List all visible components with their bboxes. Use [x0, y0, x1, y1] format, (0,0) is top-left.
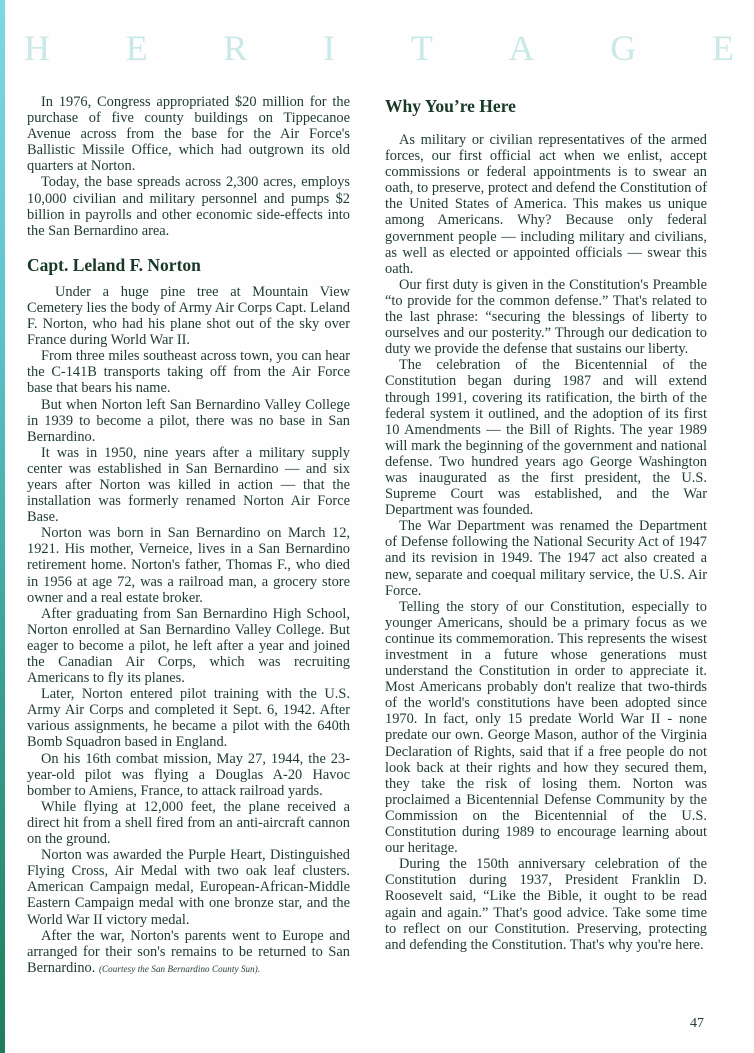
right-column: Why You’re Here As military or civilian …	[385, 96, 707, 953]
norton-paragraph: Later, Norton entered pilot training wit…	[27, 686, 350, 750]
norton-paragraph: Under a huge pine tree at Mountain View …	[27, 284, 350, 348]
norton-paragraph: Norton was born in San Bernardino on Mar…	[27, 525, 350, 605]
masthead-letter: E	[712, 30, 734, 66]
norton-paragraph: After graduating from San Bernardino Hig…	[27, 606, 350, 686]
why-paragraph: Our first duty is given in the Constitut…	[385, 277, 707, 357]
why-paragraph: The War Department was renamed the Depar…	[385, 518, 707, 598]
page-binding-edge	[0, 0, 5, 1053]
norton-paragraph: From three miles southeast across town, …	[27, 348, 350, 396]
source-credit: (Courtesy the San Bernardino County Sun)…	[99, 964, 260, 974]
masthead-letter: T	[411, 30, 433, 66]
page-number: 47	[690, 1016, 704, 1032]
left-column: In 1976, Congress appropriated $20 milli…	[27, 94, 350, 977]
masthead-letter: G	[610, 30, 636, 66]
norton-paragraph: On his 16th combat mission, May 27, 1944…	[27, 751, 350, 799]
intro-paragraph: Today, the base spreads across 2,300 acr…	[27, 174, 350, 238]
heritage-masthead: H E R I T A G E	[24, 26, 734, 70]
norton-paragraph: It was in 1950, nine years after a milit…	[27, 445, 350, 525]
norton-paragraph: Norton was awarded the Purple Heart, Dis…	[27, 847, 350, 927]
why-youre-here-heading: Why You’re Here	[385, 96, 707, 116]
intro-paragraph: In 1976, Congress appropriated $20 milli…	[27, 94, 350, 174]
norton-closing-paragraph: After the war, Norton's parents went to …	[27, 928, 350, 977]
why-paragraph: As military or civilian representatives …	[385, 132, 707, 277]
masthead-letter: E	[126, 30, 148, 66]
masthead-letter: A	[509, 30, 535, 66]
why-paragraph: During the 150th anniversary celebration…	[385, 856, 707, 953]
norton-paragraph: But when Norton left San Bernardino Vall…	[27, 397, 350, 445]
masthead-letter: I	[323, 30, 335, 66]
norton-section-heading: Capt. Leland F. Norton	[27, 255, 350, 275]
masthead-letter: H	[24, 30, 50, 66]
why-paragraph: The celebration of the Bicentennial of t…	[385, 357, 707, 518]
why-paragraph: Telling the story of our Constitution, e…	[385, 599, 707, 857]
masthead-letter: R	[223, 30, 247, 66]
norton-paragraph: While flying at 12,000 feet, the plane r…	[27, 799, 350, 847]
